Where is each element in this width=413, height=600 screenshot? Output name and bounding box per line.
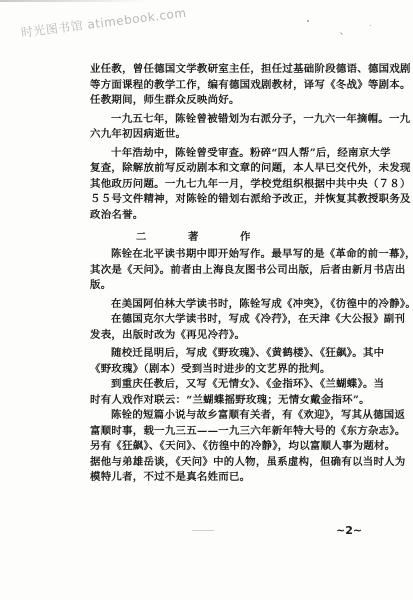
text-line: 在美国阿伯林大学读书时，陈铨写成《冲突》，《彷徨中的冷静》。 bbox=[90, 297, 390, 313]
text-line: 富顺时事，载一九三五——一九三六年新年特大号的《东方杂志》。 bbox=[90, 424, 390, 440]
text-line: 版。 bbox=[90, 278, 390, 294]
text-line: 《野玫瑰》（剧本）受到当时进步的文艺界的批判。 bbox=[90, 362, 390, 378]
text-line: 政治名誉。 bbox=[90, 208, 390, 224]
watermark: 时光图书馆 atimebook.com bbox=[20, 4, 187, 41]
scanned-document-page: 时光图书馆 atimebook.com 业任教，曾任德国文学教研室主任，担任过基… bbox=[0, 0, 413, 600]
document-body: 业任教，曾任德国文学教研室主任，担任过基础阶段德语、德国戏剧 等方面课程的教学工… bbox=[90, 62, 390, 486]
text-line: 陈铨的短篇小说与故乡富顺有关者，有《欢迎》，写其从德国返 bbox=[90, 408, 390, 424]
text-line: 陈铨在北平读书期中即开始写作。最早写的是《革命的前一幕》， bbox=[90, 247, 390, 263]
scan-speck bbox=[370, 25, 371, 26]
text-line: 在德国克尔大学读书时，写成《冷荇》，在天津《大公报》副刊 bbox=[90, 312, 390, 328]
scan-speck bbox=[307, 20, 309, 22]
text-line: 时有人戏作对联云：“兰蝴蝶摇野玫瑰；无情女戴金指环”。 bbox=[90, 393, 390, 409]
text-line: 复查，除解放前写反动剧本和文章的问题，本人早已交代外，未发现 bbox=[90, 161, 390, 177]
scan-smudge bbox=[192, 530, 214, 531]
text-line: 十年浩劫中，陈铨曾受审查。粉碎“四人帮”后，经南京大学 bbox=[90, 146, 390, 162]
text-line: 任教期间，师生群众反映尚好。 bbox=[90, 93, 390, 109]
text-line: 到重庆任教后，又写《无情女》、《金指环》、《兰蝴蝶》。当 bbox=[90, 377, 390, 393]
text-line: 等方面课程的教学工作，编有德国戏剧教材，译写《冬战》等剧本。 bbox=[90, 78, 390, 94]
text-line: 据他与弟雄岳谈，《天问》中的人物，虽系虚构，但确有以当时人为 bbox=[90, 455, 390, 471]
text-line: 其次是《天问》。前者由上海良友图书公司出版，后者由新月书店出 bbox=[90, 263, 390, 279]
scan-speck bbox=[340, 32, 343, 35]
text-line: 随校迁昆明后，写成《野玫瑰》、《黄鹤楼》、《狂飙》。其中 bbox=[90, 346, 390, 362]
text-line: ５５号文件精神，对陈铨的错划右派给予改正，并恢复其教授职务及 bbox=[90, 192, 390, 208]
scan-edge bbox=[0, 0, 150, 2]
page-number: ~2~ bbox=[336, 524, 362, 537]
text-line: 一九五七年，陈铨曾被错划为右派分子，一九六一年摘帽。一九 bbox=[90, 112, 390, 128]
text-line: 另有《狂飙》、《天问》、《彷徨中的冷静》，均以富顺人事为题材。 bbox=[90, 439, 390, 455]
text-line: 发表，出版时改为《再见冷荇》。 bbox=[90, 328, 390, 344]
text-line: 模特儿者，不过不是真名姓而已。 bbox=[90, 470, 390, 486]
text-line: 其他政历问题。一九七九年一月，学校党组织根据中共中央（７８） bbox=[90, 177, 390, 193]
text-line: 六九年初因病逝世。 bbox=[90, 127, 390, 143]
section-heading: 二 著 作 bbox=[90, 227, 390, 247]
text-line: 业任教，曾任德国文学教研室主任，担任过基础阶段德语、德国戏剧 bbox=[90, 62, 390, 78]
